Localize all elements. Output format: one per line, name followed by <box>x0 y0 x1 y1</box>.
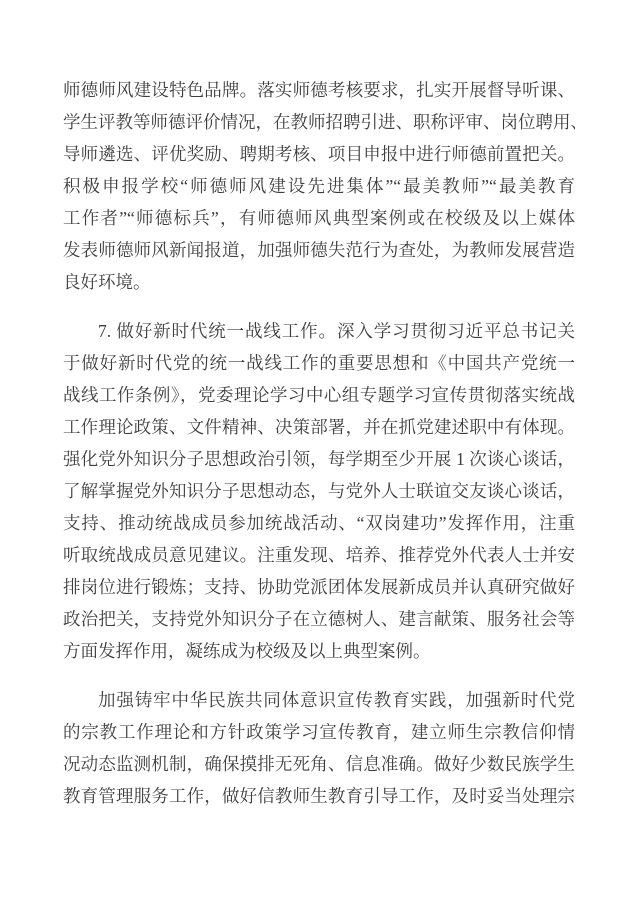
paragraph-teacher-ethics: 师德师风建设特色品牌。落实师德考核要求，扎实开展督导听课、 学生评教等师德评价情… <box>63 74 575 298</box>
text-line: 导师遴选、评优奖励、聘期考核、项目申报中进行师德前置把关。 <box>63 138 575 170</box>
text-line: 发表师德师风新闻报道，加强师德失范行为查处，为教师发展营造 <box>63 234 575 266</box>
text-line: 政治把关，支持党外知识分子在立德树人、建言献策、服务社会等 <box>63 603 575 635</box>
text-line: 工作者”“师德标兵”，有师德师风典型案例或在校级及以上媒体 <box>63 202 575 234</box>
paragraph-ethnic-religious-work: 加强铸牢中华民族共同体意识宣传教育实践，加强新时代党 的宗教工作理论和方针政策学… <box>63 684 575 812</box>
text-line: 加强铸牢中华民族共同体意识宣传教育实践，加强新时代党 <box>63 684 575 716</box>
text-line: 学生评教等师德评价情况，在教师招聘引进、职称评审、岗位聘用、 <box>63 106 575 138</box>
text-line: 强化党外知识分子思想政治引领，每学期至少开展 1 次谈心谈话， <box>63 443 575 475</box>
text-line: 的宗教工作理论和方针政策学习宣传教育，建立师生宗教信仰情 <box>63 716 575 748</box>
document-page: 师德师风建设特色品牌。落实师德考核要求，扎实开展督导听课、 学生评教等师德评价情… <box>0 0 639 905</box>
text-line: 教育管理服务工作，做好信教师生教育引导工作，及时妥当处理宗 <box>63 780 575 812</box>
text-line: 听取统战成员意见建议。注重发现、培养、推荐党外代表人士并安 <box>63 539 575 571</box>
text-line: 排岗位进行锻炼；支持、协助党派团体发展新成员并认真研究做好 <box>63 571 575 603</box>
text-line: 积极申报学校“师德师风建设先进集体”“最美教师”“最美教育 <box>63 170 575 202</box>
text-line: 战线工作条例》，党委理论学习中心组专题学习宣传贯彻落实统战 <box>63 379 575 411</box>
text-line: 支持、推动统战成员参加统战活动、“双岗建功”发挥作用，注重 <box>63 507 575 539</box>
text-line: 方面发挥作用，凝练成为校级及以上典型案例。 <box>63 635 575 667</box>
text-line: 况动态监测机制，确保摸排无死角、信息准确。做好少数民族学生 <box>63 748 575 780</box>
text-line: 了解掌握党外知识分子思想动态，与党外人士联谊交友谈心谈话， <box>63 475 575 507</box>
text-line: 于做好新时代党的统一战线工作的重要思想和《中国共产党统一 <box>63 347 575 379</box>
text-line: 工作理论政策、文件精神、决策部署，并在抓党建述职中有体现。 <box>63 411 575 443</box>
text-line: 师德师风建设特色品牌。落实师德考核要求，扎实开展督导听课、 <box>63 74 575 106</box>
text-line: 7. 做好新时代统一战线工作。深入学习贯彻习近平总书记关 <box>63 315 575 347</box>
text-line: 良好环境。 <box>63 266 575 298</box>
paragraph-united-front-item-7: 7. 做好新时代统一战线工作。深入学习贯彻习近平总书记关 于做好新时代党的统一战… <box>63 315 575 667</box>
